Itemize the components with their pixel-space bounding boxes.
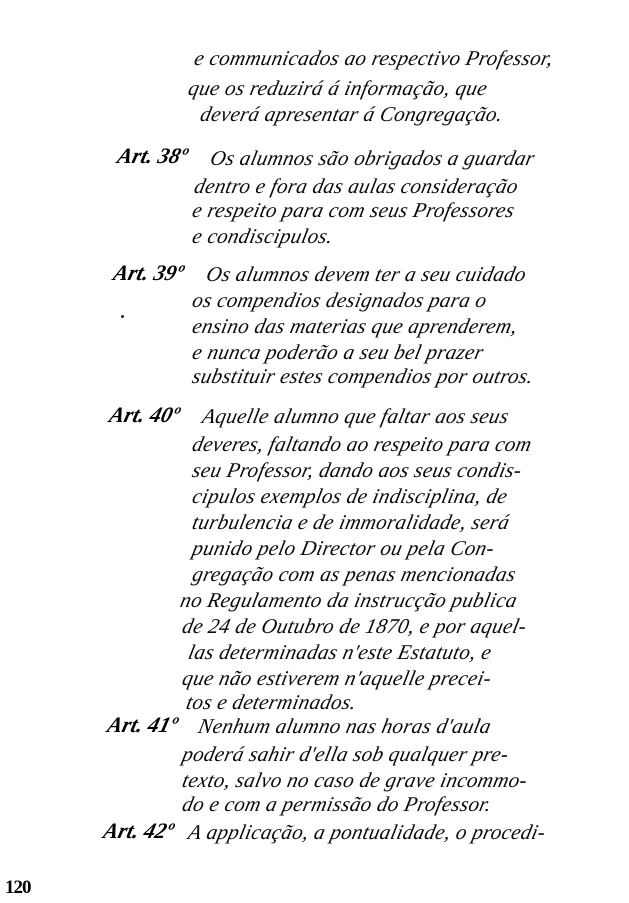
article-label-39: Art. 39º [111,260,186,286]
article-40-line-12: tos e determinados. [184,690,359,715]
article-38-line-3: e respeito para com seus Professores [190,198,517,223]
article-40-line-2: deveres, faltando ao respeito para com [190,432,534,457]
manuscript-page: e communicados ao respectivo Professor, … [0,0,629,903]
article-38-line-1: Os alumnos são obrigados a guardar [208,146,537,171]
article-39-line-5: substituir estes compendios por outros. [190,364,536,389]
article-39-line-2: os compendios designados para o [190,288,489,313]
article-41-line-1: Nenhum alumno nas horas d'aula [196,714,494,739]
article-40-line-4: cipulos exemplos de indisciplina, de [190,484,510,509]
article-41-line-2: poderá sahir d'ella sob qualquer pre- [180,742,511,767]
article-41-line-3: texto, salvo no caso de grave incommo- [180,768,530,793]
article-label-41: Art. 41º [105,712,180,738]
article-40-line-8: no Regulamento da instrucção publica [178,588,520,613]
article-40-line-9: de 24 de Outubro de 1870, e por aquel- [180,614,529,639]
article-label-42: Art. 42º [101,818,176,844]
article-40-line-5: turbulencia e de immoralidade, será [190,510,512,535]
article-40-line-10: las determinadas n'este Estatuto, e [186,640,494,665]
page-number: 120 [5,877,31,899]
article-38-line-4: e condiscipulos. [190,224,335,249]
article-39-line-4: e nunca poderão a seu bel prazer [190,340,486,365]
article-42-line-1: A applicação, a pontualidade, o procedi- [186,820,548,845]
article-label-38: Art. 38º [115,143,190,169]
ink-speck [121,315,124,318]
article-38-line-2: dentro e fora das aulas consideração [192,174,521,199]
article-label-40: Art. 40º [107,402,182,428]
article-40-line-11: que não estiverem n'aquelle precei- [180,666,494,691]
article-41-line-4: do e com a permissão do Professor. [180,792,494,817]
continuation-line-2: que os reduzirá á informação, que [186,76,490,101]
continuation-line-3: deverá apresentar á Congregação. [198,102,505,127]
continuation-line-1: e communicados ao respectivo Professor, [192,46,556,71]
article-39-line-3: ensino das materias que aprenderem, [190,314,520,339]
article-39-line-1: Os alumnos devem ter a seu cuidado [204,262,529,287]
article-40-line-3: seu Professor, dando aos seus condis- [190,458,524,483]
article-40-line-1: Aquelle alumno que faltar aos seus [200,404,511,429]
article-40-line-6: punido pelo Director ou pela Con- [190,536,497,561]
article-40-line-7: gregação com as penas mencionadas [190,562,518,587]
